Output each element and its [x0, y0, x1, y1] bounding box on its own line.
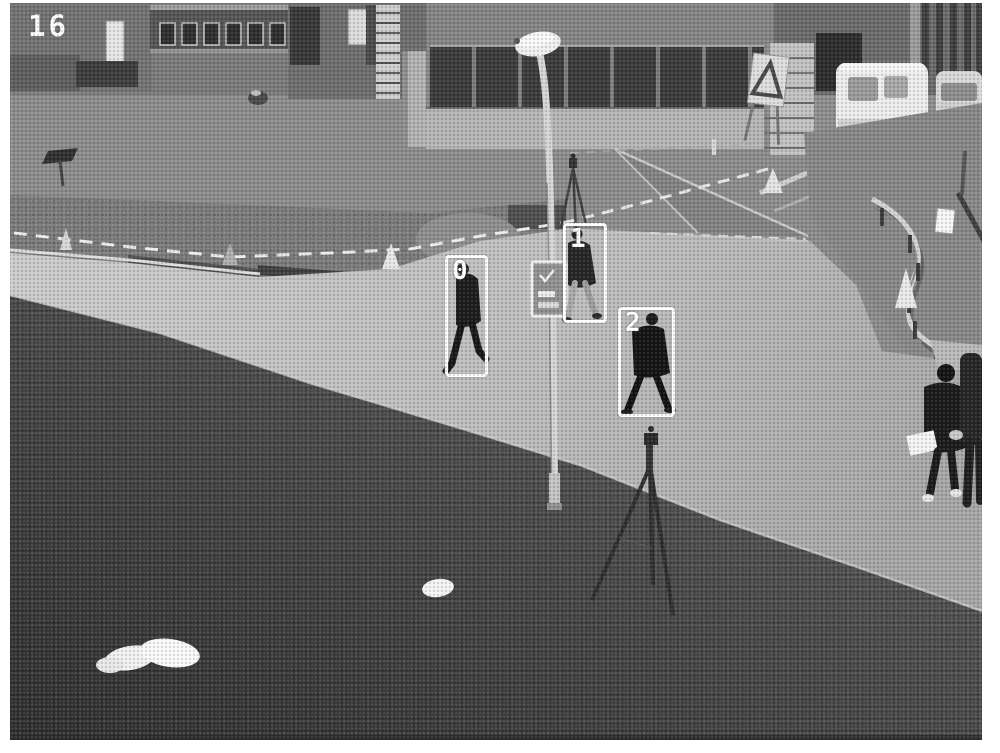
- paper-notice: [935, 208, 955, 234]
- tracking-box-1[interactable]: 1: [563, 223, 607, 323]
- tracking-box-1-label: 1: [570, 226, 586, 253]
- tracking-box-2-label: 2: [625, 310, 641, 337]
- ladder: [376, 5, 400, 99]
- bright-window: [348, 9, 368, 45]
- tracking-box-2[interactable]: 2: [618, 307, 675, 417]
- photo-bottom-edge: [10, 735, 982, 740]
- van-side-window: [884, 76, 908, 98]
- page: { "frame": { "number": "16" }, "annotati…: [0, 0, 1000, 753]
- camera: [644, 433, 658, 445]
- frame-number: 16: [28, 9, 69, 43]
- window-row-building: [150, 5, 290, 53]
- scene: [10, 3, 982, 740]
- camera-frame: 16 0 1 2: [10, 3, 982, 740]
- dark-doorway: [290, 7, 320, 65]
- trench: [508, 205, 566, 229]
- post-sign: [532, 262, 566, 316]
- van-rear-window: [848, 77, 878, 101]
- tracking-box-0-label: 0: [452, 258, 468, 285]
- central-building: [426, 3, 778, 149]
- window-band: [430, 47, 778, 111]
- small-post: [712, 139, 716, 155]
- hand: [949, 430, 963, 440]
- car-windshield: [941, 83, 977, 101]
- tracking-box-0[interactable]: 0: [445, 255, 488, 377]
